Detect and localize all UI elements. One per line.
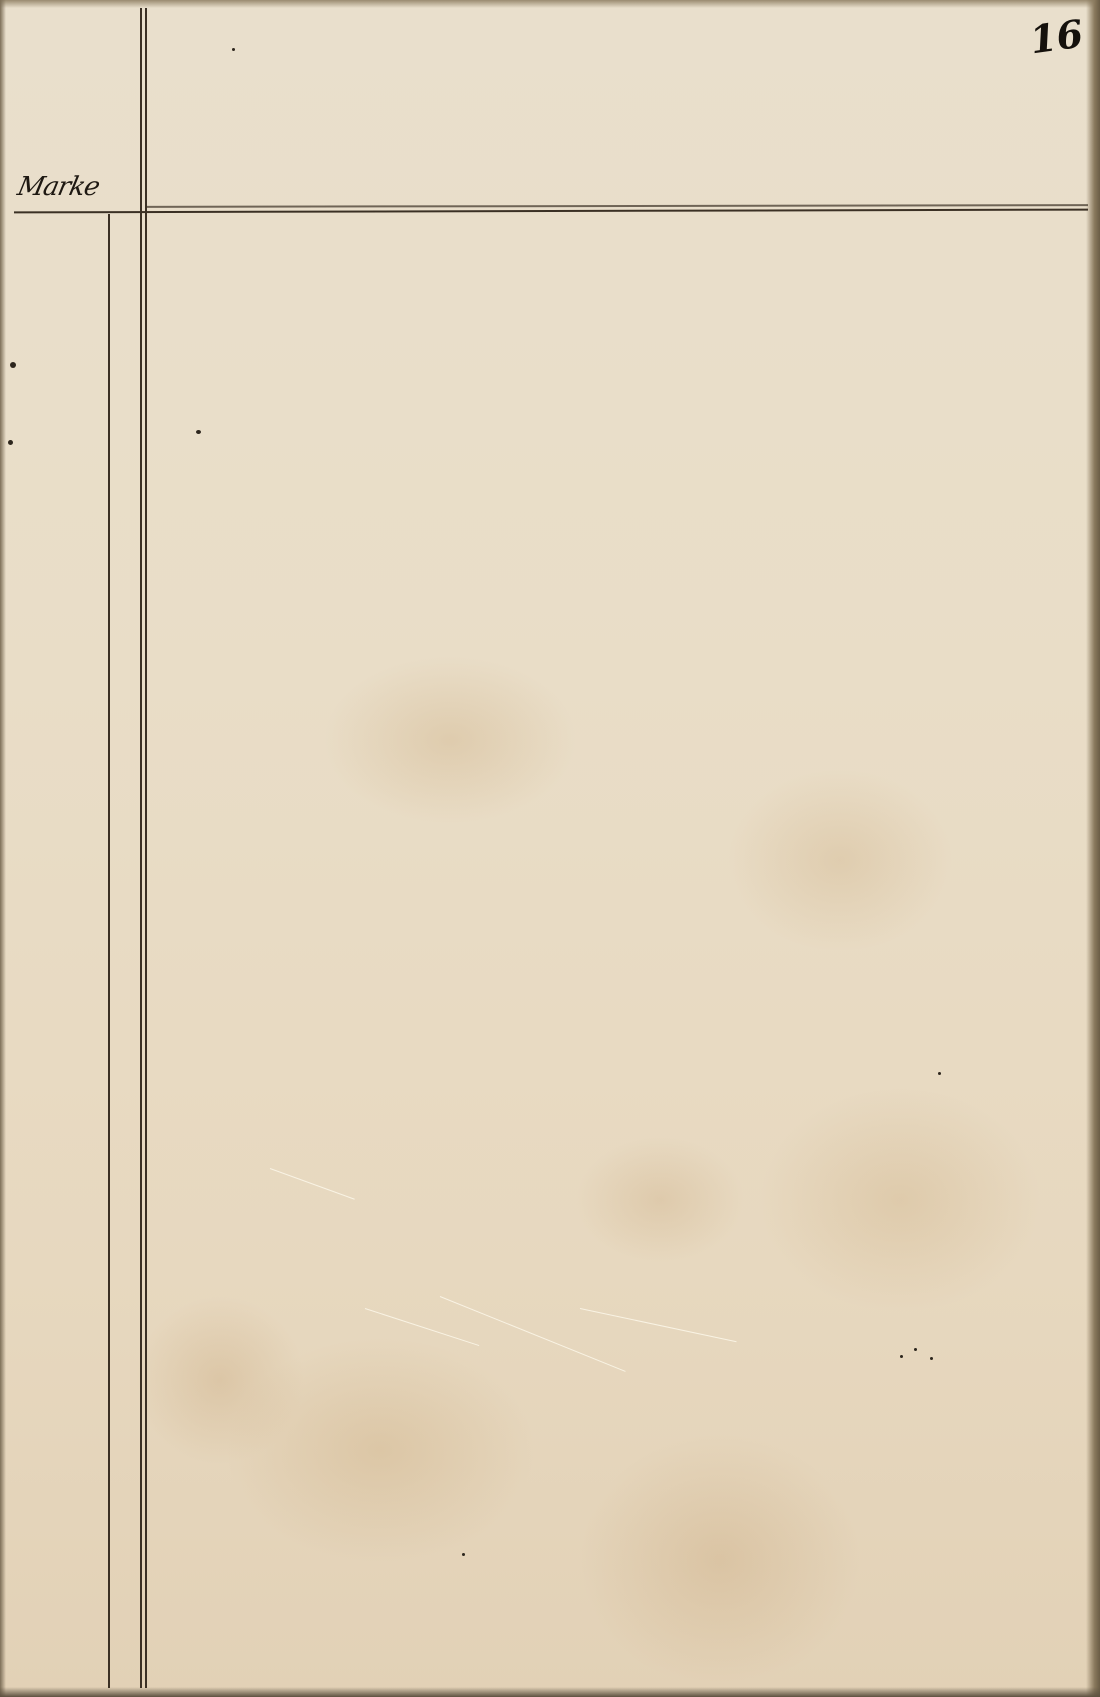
- ledger-page: Marke 16: [0, 0, 1100, 1697]
- ink-speck: [930, 1357, 933, 1360]
- paper-crease: [580, 1308, 737, 1342]
- header-rule-line-b: [145, 204, 1088, 207]
- paper-crease: [440, 1296, 626, 1372]
- paper-crease: [270, 1168, 355, 1200]
- page-number: 16: [1027, 11, 1086, 63]
- page-top-edge: [0, 0, 1100, 8]
- ink-speck: [462, 1553, 465, 1556]
- ruled-column-line-outer-b: [145, 8, 147, 1688]
- ink-speck: [232, 48, 235, 51]
- ink-speck: [8, 440, 13, 445]
- header-rule-line-a: [14, 209, 1088, 213]
- page-right-edge: [1086, 0, 1100, 1697]
- paper-crease: [365, 1308, 479, 1346]
- ink-speck: [10, 362, 16, 368]
- ink-speck: [196, 430, 201, 434]
- page-bottom-edge: [0, 1687, 1100, 1697]
- page-left-edge: [0, 0, 6, 1697]
- ink-speck: [900, 1355, 903, 1358]
- ink-speck: [938, 1072, 941, 1075]
- ruled-column-line-outer-a: [140, 8, 142, 1688]
- header-handwritten-label: Marke: [15, 172, 102, 202]
- ink-speck: [914, 1348, 917, 1351]
- ruled-column-line-inner: [108, 214, 110, 1688]
